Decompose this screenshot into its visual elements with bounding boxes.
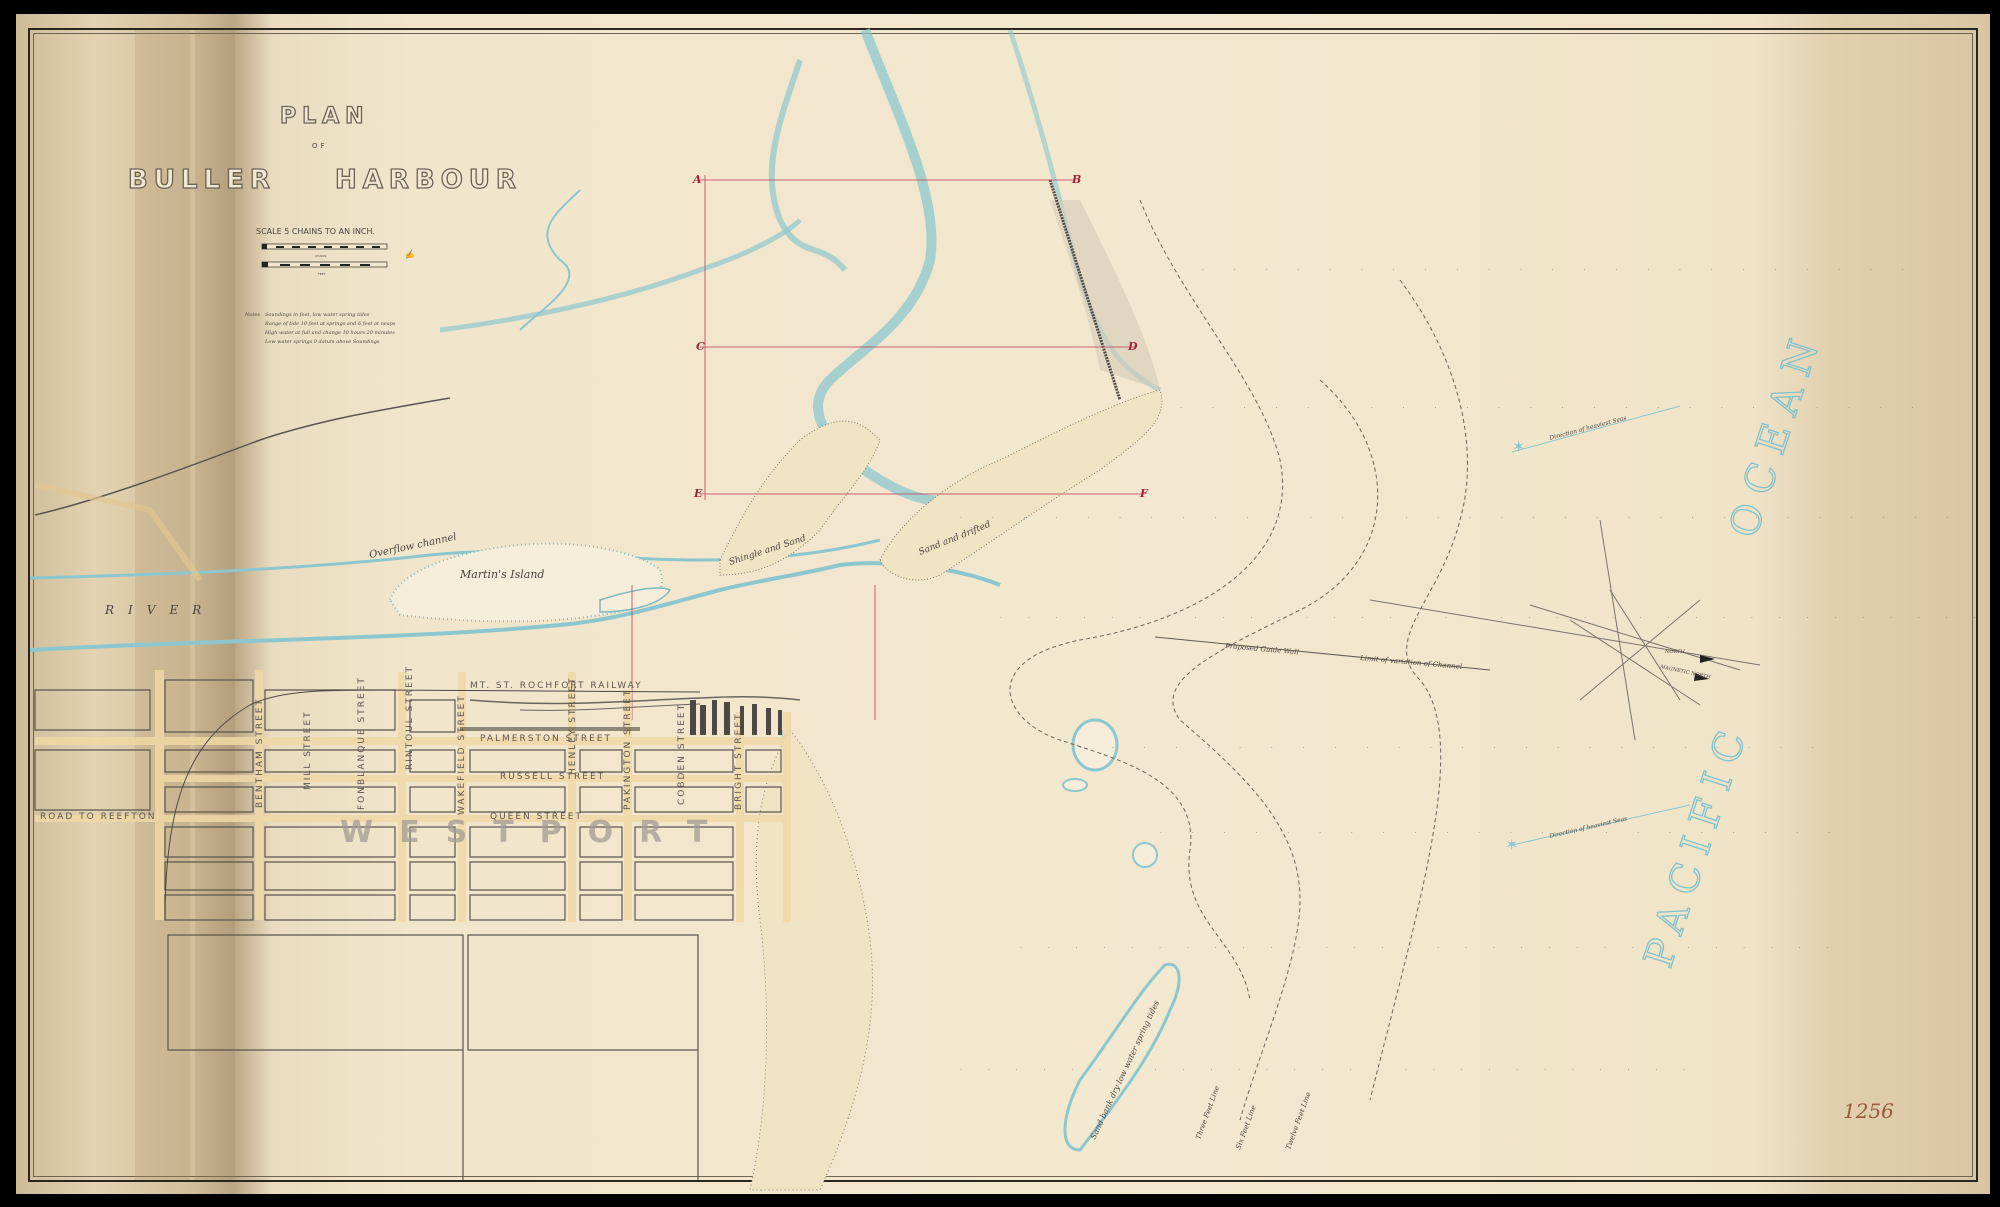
depth-line-label: Three Feet Line <box>1194 1085 1221 1141</box>
depth-line-label: Twelve Feet Line <box>1284 1091 1312 1151</box>
compass-north-label: NORTH <box>1664 649 1685 655</box>
swell-arrow-icon-lower: ✶ <box>1505 837 1518 854</box>
shingle-spit: Shingle and Sand <box>720 421 880 575</box>
swell-direction-arrows: ✶ Direction of heaviest Seas ✶ Direction… <box>1505 406 1690 854</box>
depth-line-label: Six Feet Line <box>1234 1104 1257 1150</box>
notes-line: Low water springs 0 datum above Sounding… <box>264 339 380 345</box>
street-wakefield: WAKEFIELD STREET <box>457 694 467 815</box>
north-beach: Sand and drifted <box>880 200 1162 580</box>
railway-label: MT. ST. ROCHFORT RAILWAY <box>470 681 643 691</box>
svg-text:· · · · · · · · · · · · · · ·: · · · · · · · · · · · · · · · · · · · · … <box>1160 830 1844 837</box>
street-pakington: PAKINGTON STREET <box>623 689 633 810</box>
grid-letter-a: A <box>692 173 702 186</box>
grid-letter-f: F <box>1139 487 1149 500</box>
title-plan: PLAN <box>280 104 370 129</box>
scale-text: SCALE 5 CHAINS TO AN INCH. <box>256 227 375 236</box>
catalog-number: 1256 <box>1843 1099 1894 1123</box>
compass-rose <box>1370 520 1760 740</box>
swell-upper-label: Direction of heaviest Seas <box>1548 415 1628 443</box>
street-palmerston: PALMERSTON STREET <box>480 734 612 744</box>
svg-text:· · · · · · · · · · · · · · ·: · · · · · · · · · · · · · · · · · · · · … <box>1020 945 1841 952</box>
ocean-label-ocean: OCEAN <box>1721 323 1832 543</box>
notes-line: High water at full and change 10 hours 2… <box>264 330 395 336</box>
signature: ✍ <box>404 249 418 260</box>
street-rintoul: RINTOUL STREET <box>405 665 415 770</box>
harbour-map: Martin's Island Overflow channel Shingle… <box>0 0 2000 1207</box>
street-fonblanque: FONBLANQUE STREET <box>357 676 367 810</box>
grid-letter-d: D <box>1127 340 1138 353</box>
grid-letter-b: B <box>1071 173 1081 186</box>
town-label-westport: WESTPORT <box>340 815 733 850</box>
svg-text:· · · · · · · · · · · · · · ·: · · · · · · · · · · · · · · · · · · · · … <box>1170 267 1918 274</box>
street-henley: HENLEY STREET <box>568 676 578 775</box>
svg-text:· · · · · · · · · · · · · · ·: · · · · · · · · · · · · · · · · · · · · … <box>960 515 1962 522</box>
river-label: RIVER <box>104 603 215 617</box>
swell-arrow-icon-upper: ✶ <box>1512 439 1525 456</box>
scale-bar-chains: CHAINS <box>262 244 387 258</box>
title-buller: BULLER <box>128 165 276 195</box>
notes-label: Notes <box>244 312 260 318</box>
street-bentham: BENTHAM STREET <box>255 698 265 808</box>
road-to-reefton: ROAD TO REEFTON <box>40 812 157 822</box>
south-sandbanks: Sand bank dry low water spring tides <box>750 720 1179 1190</box>
grid-letter-e: E <box>693 487 703 500</box>
street-cobden: COBDEN STREET <box>677 703 687 805</box>
title-of: OF <box>312 142 328 150</box>
notes-line: Range of tide 10 feet at springs and 6 f… <box>264 321 396 327</box>
svg-text:· · · · · · · · · · · · · · ·: · · · · · · · · · · · · · · · · · · · · … <box>1000 615 2000 622</box>
notes-line: Soundings in feet, low water spring tide… <box>265 312 370 318</box>
soundings: · · · · · · · · · · · · · · · · · · · · … <box>960 267 2000 1074</box>
scale-bar-feet: FEET <box>262 262 387 276</box>
martins-island: Martin's Island Overflow channel <box>368 532 670 622</box>
island-label: Martin's Island <box>459 568 544 581</box>
grid-letter-c: C <box>696 340 705 353</box>
street-bright: BRIGHT STREET <box>734 712 744 810</box>
scale-bar-feet-label: FEET <box>318 272 326 276</box>
street-russell: RUSSELL STREET <box>500 772 605 782</box>
ocean-label-pacific: PACIFIC <box>1636 715 1759 973</box>
street-mill: MILL STREET <box>303 710 313 790</box>
svg-text:· · · · · · · · · · · · · · ·: · · · · · · · · · · · · · · · · · · · · … <box>960 1067 1697 1074</box>
proposed-guide-wall-label: Proposed Guide Wall <box>1224 642 1299 656</box>
scale-bar-chains-label: CHAINS <box>315 254 327 258</box>
title-harbour: HARBOUR <box>335 165 522 195</box>
svg-text:· · · · · · · · · · · · · · ·: · · · · · · · · · · · · · · · · · · · · … <box>1180 405 1928 412</box>
